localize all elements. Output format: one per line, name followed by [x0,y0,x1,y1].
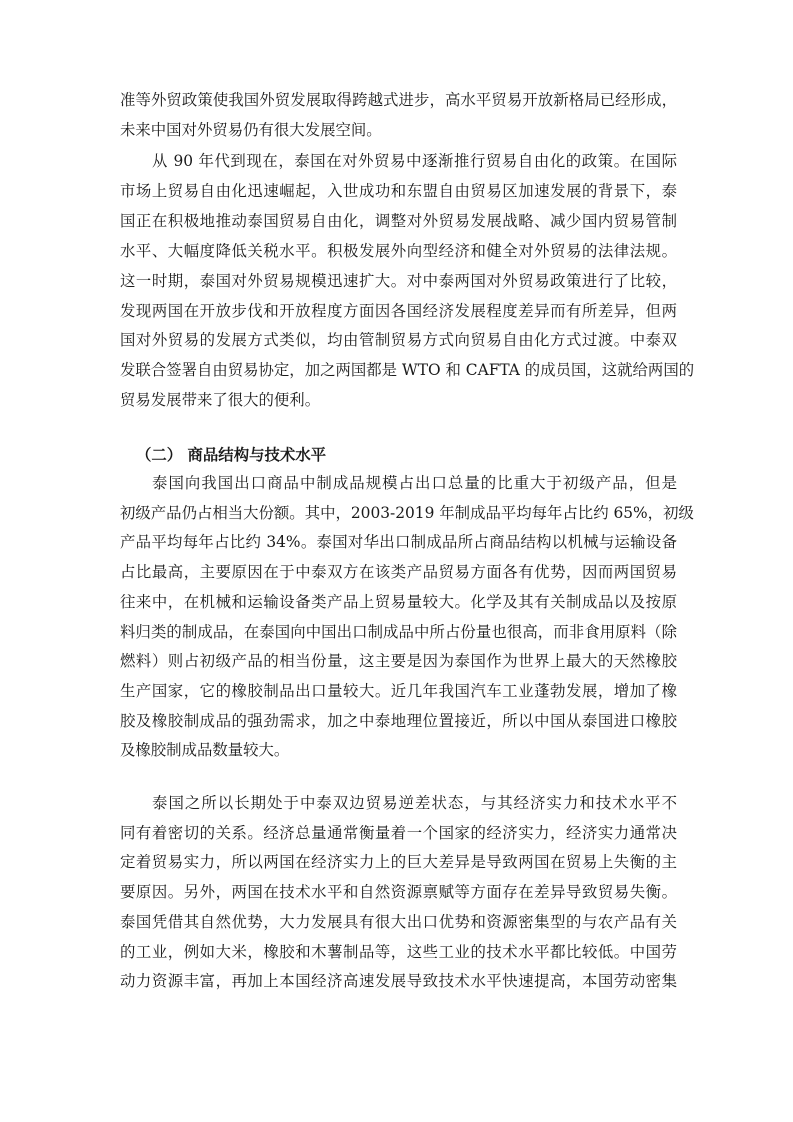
paragraph-2-line-2: 市场上贸易自由化迅速崛起，入世成功和东盟自由贸易区加速发展的背景下，泰 [120,179,677,203]
paragraph-4-line-3: 定着贸易实力，所以两国在经济实力上的巨大差异是导致两国在贸易上失衡的主 [120,850,677,874]
paragraph-3-line-4: 占比最高，主要原因在于中泰双方在该类产品贸易方面各有优势，因而两国贸易 [120,560,677,584]
paragraph-3-line-5: 往来中，在机械和运输设备类产品上贸易量较大。化学及其有关制成品以及按原 [120,590,677,614]
paragraph-3-line-3: 产品平均每年占比约 34%。泰国对华出口制成品所占商品结构以机械与运输设备 [120,530,677,554]
paragraph-2-line-1: 从 90 年代到现在，泰国在对外贸易中逐渐推行贸易自由化的政策。在国际 [152,149,677,173]
paragraph-3-line-7: 燃料）则占初级产品的相当份量，这主要是因为泰国作为世界上最大的天然橡胶 [120,649,677,673]
paragraph-4-line-1: 泰国之所以长期处于中泰双边贸易逆差状态，与其经济实力和技术水平不 [152,791,677,815]
paragraph-4-line-2: 同有着密切的关系。经济总量通常衡量着一个国家的经济实力，经济实力通常决 [120,821,677,845]
paragraph-1-line-2: 未来中国对外贸易仍有很大发展空间。 [120,118,677,142]
section-heading: （二） 商品结构与技术水平 [136,443,326,467]
paragraph-1-line-1: 准等外贸政策使我国外贸发展取得跨越式进步，高水平贸易开放新格局已经形成， [120,88,677,112]
paragraph-2-line-7: 国对外贸易的发展方式类似，均由管制贸易方式向贸易自由化方式过渡。中泰双 [120,328,677,352]
paragraph-4-line-5: 泰国凭借其自然优势，大力发展具有很大出口优势和资源密集型的与农产品有关 [120,910,677,934]
paragraph-2-line-4: 水平、大幅度降低关税水平。积极发展外向型经济和健全对外贸易的法律法规。 [120,239,677,263]
paragraph-2-line-8: 发联合签署自由贸易协定，加之两国都是 WTO 和 CAFTA 的成员国，这就给两… [120,358,677,382]
document-page: 准等外贸政策使我国外贸发展取得跨越式进步，高水平贸易开放新格局已经形成， 未来中… [0,0,793,1122]
paragraph-3-line-6: 料归类的制成品，在泰国向中国出口制成品中所占份量也很高，而非食用原料（除 [120,620,677,644]
paragraph-4-line-7: 动力资源丰富，再加上本国经济高速发展导致技术水平快速提高，本国劳动密集 [120,969,677,993]
paragraph-3-line-2: 初级产品仍占相当大份额。其中，2003-2019 年制成品平均每年占比约 65%… [120,501,677,525]
paragraph-4-line-4: 要原因。另外，两国在技术水平和自然资源禀赋等方面存在差异导致贸易失衡。 [120,880,677,904]
paragraph-3-line-10: 及橡胶制成品数量较大。 [120,738,677,762]
paragraph-3-line-8: 生产国家，它的橡胶制品出口量较大。近几年我国汽车工业蓬勃发展，增加了橡 [120,679,677,703]
paragraph-2-line-5: 这一时期，泰国对外贸易规模迅速扩大。对中泰两国对外贸易政策进行了比较， [120,269,677,293]
paragraph-2-line-9: 贸易发展带来了很大的便利。 [120,388,677,412]
paragraph-3-line-9: 胶及橡胶制成品的强劲需求，加之中泰地理位置接近，所以中国从泰国进口橡胶 [120,709,677,733]
paragraph-2-line-3: 国正在积极地推动泰国贸易自由化，调整对外贸易发展战略、减少国内贸易管制 [120,209,677,233]
paragraph-4-line-6: 的工业，例如大米，橡胶和木薯制品等，这些工业的技术水平都比较低。中国劳 [120,940,677,964]
paragraph-2-line-6: 发现两国在开放步伐和开放程度方面因各国经济发展程度差异而有所差异，但两 [120,299,677,323]
paragraph-3-line-1: 泰国向我国出口商品中制成品规模占出口总量的比重大于初级产品，但是 [152,471,677,495]
